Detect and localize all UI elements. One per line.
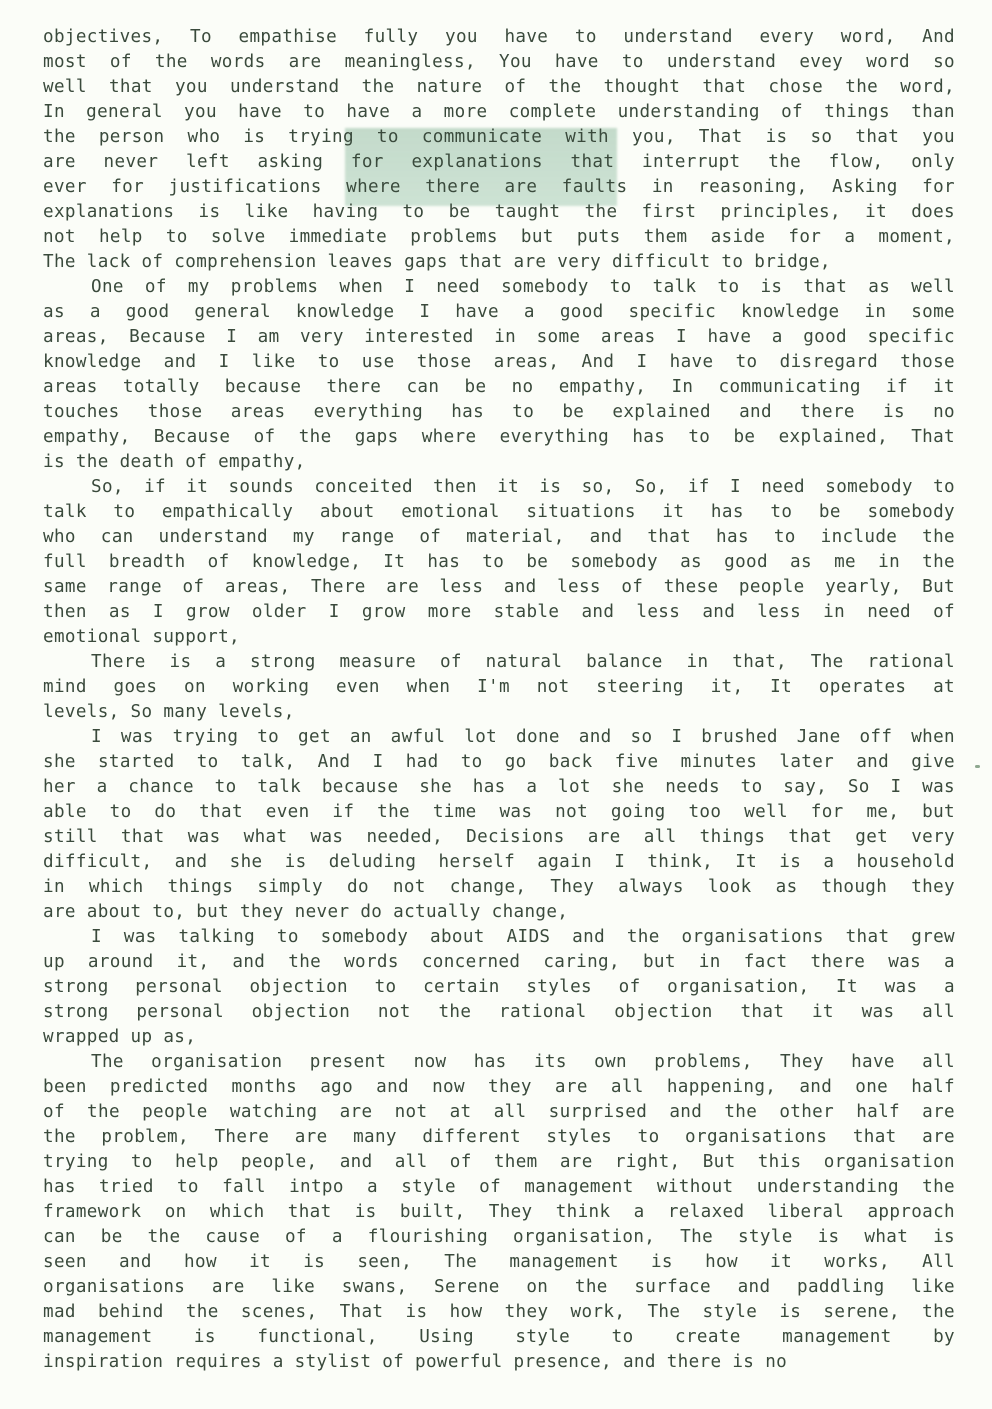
text-line: are never left asking for explanations t… [43,150,955,176]
text-line: areas, Because I am very interested in s… [43,325,955,351]
text-line: framework on which that is built, They t… [43,1200,955,1226]
text-line: I was trying to get an awful lot done an… [43,725,955,751]
text-line: as a good general knowledge I have a goo… [43,300,955,326]
text-line: So, if it sounds conceited then it is so… [43,475,955,501]
text-line: not help to solve immediate problems but… [43,225,955,251]
text-line: explanations is like having to be taught… [43,200,955,226]
text-line: difficult, and she is deluding herself a… [43,850,955,876]
text-line: is the death of empathy, [43,450,955,476]
text-line: mind goes on working even when I'm not s… [43,675,955,701]
text-line: organisations are like swans, Serene on … [43,1275,955,1301]
text-line: of the people watching are not at all su… [43,1100,955,1126]
text-line: seen and how it is seen, The management … [43,1250,955,1276]
typed-page: objectives, To empathise fully you have … [43,25,955,1375]
text-line: strong personal objection not the ration… [43,1000,955,1026]
text-line: been predicted months ago and now they a… [43,1075,955,1101]
text-line: most of the words are meaningless, You h… [43,50,955,76]
text-line: empathy, Because of the gaps where every… [43,425,955,451]
text-line: wrapped up as, [43,1025,955,1051]
text-line: There is a strong measure of natural bal… [43,650,955,676]
text-line: the person who is trying to communicate … [43,125,955,151]
text-line: mad behind the scenes, That is how they … [43,1300,955,1326]
text-line: levels, So many levels, [43,700,955,726]
text-line: knowledge and I like to use those areas,… [43,350,955,376]
text-line: inspiration requires a stylist of powerf… [43,1350,955,1376]
text-line: strong personal objection to certain sty… [43,975,955,1001]
text-line: who can understand my range of material,… [43,525,955,551]
text-line: up around it, and the words concerned ca… [43,950,955,976]
text-line: One of my problems when I need somebody … [43,275,955,301]
text-line: emotional support, [43,625,955,651]
text-line: objectives, To empathise fully you have … [43,25,955,51]
text-line: well that you understand the nature of t… [43,75,955,101]
text-line: talk to empathically about emotional sit… [43,500,955,526]
text-line: can be the cause of a flourishing organi… [43,1225,955,1251]
text-line: the problem, There are many different st… [43,1125,955,1151]
text-line: The organisation present now has its own… [43,1050,955,1076]
text-line: ever for justifications where there are … [43,175,955,201]
text-line: then as I grow older I grow more stable … [43,600,955,626]
text-line: areas totally because there can be no em… [43,375,955,401]
text-line: she started to talk, And I had to go bac… [43,750,955,776]
text-line: full breadth of knowledge, It has to be … [43,550,955,576]
text-line: her a chance to talk because she has a l… [43,775,955,801]
text-line: able to do that even if the time was not… [43,800,955,826]
text-line: management is functional, Using style to… [43,1325,955,1351]
text-line: I was talking to somebody about AIDS and… [43,925,955,951]
text-line: touches those areas everything has to be… [43,400,955,426]
text-line: The lack of comprehension leaves gaps th… [43,250,955,276]
paper-speck [975,765,980,768]
text-line: are about to, but they never do actually… [43,900,955,926]
text-line: still that was what was needed, Decision… [43,825,955,851]
text-line: in which things simply do not change, Th… [43,875,955,901]
text-line: has tried to fall intpo a style of manag… [43,1175,955,1201]
text-line: trying to help people, and all of them a… [43,1150,955,1176]
text-line: same range of areas, There are less and … [43,575,955,601]
text-line: In general you have to have a more compl… [43,100,955,126]
